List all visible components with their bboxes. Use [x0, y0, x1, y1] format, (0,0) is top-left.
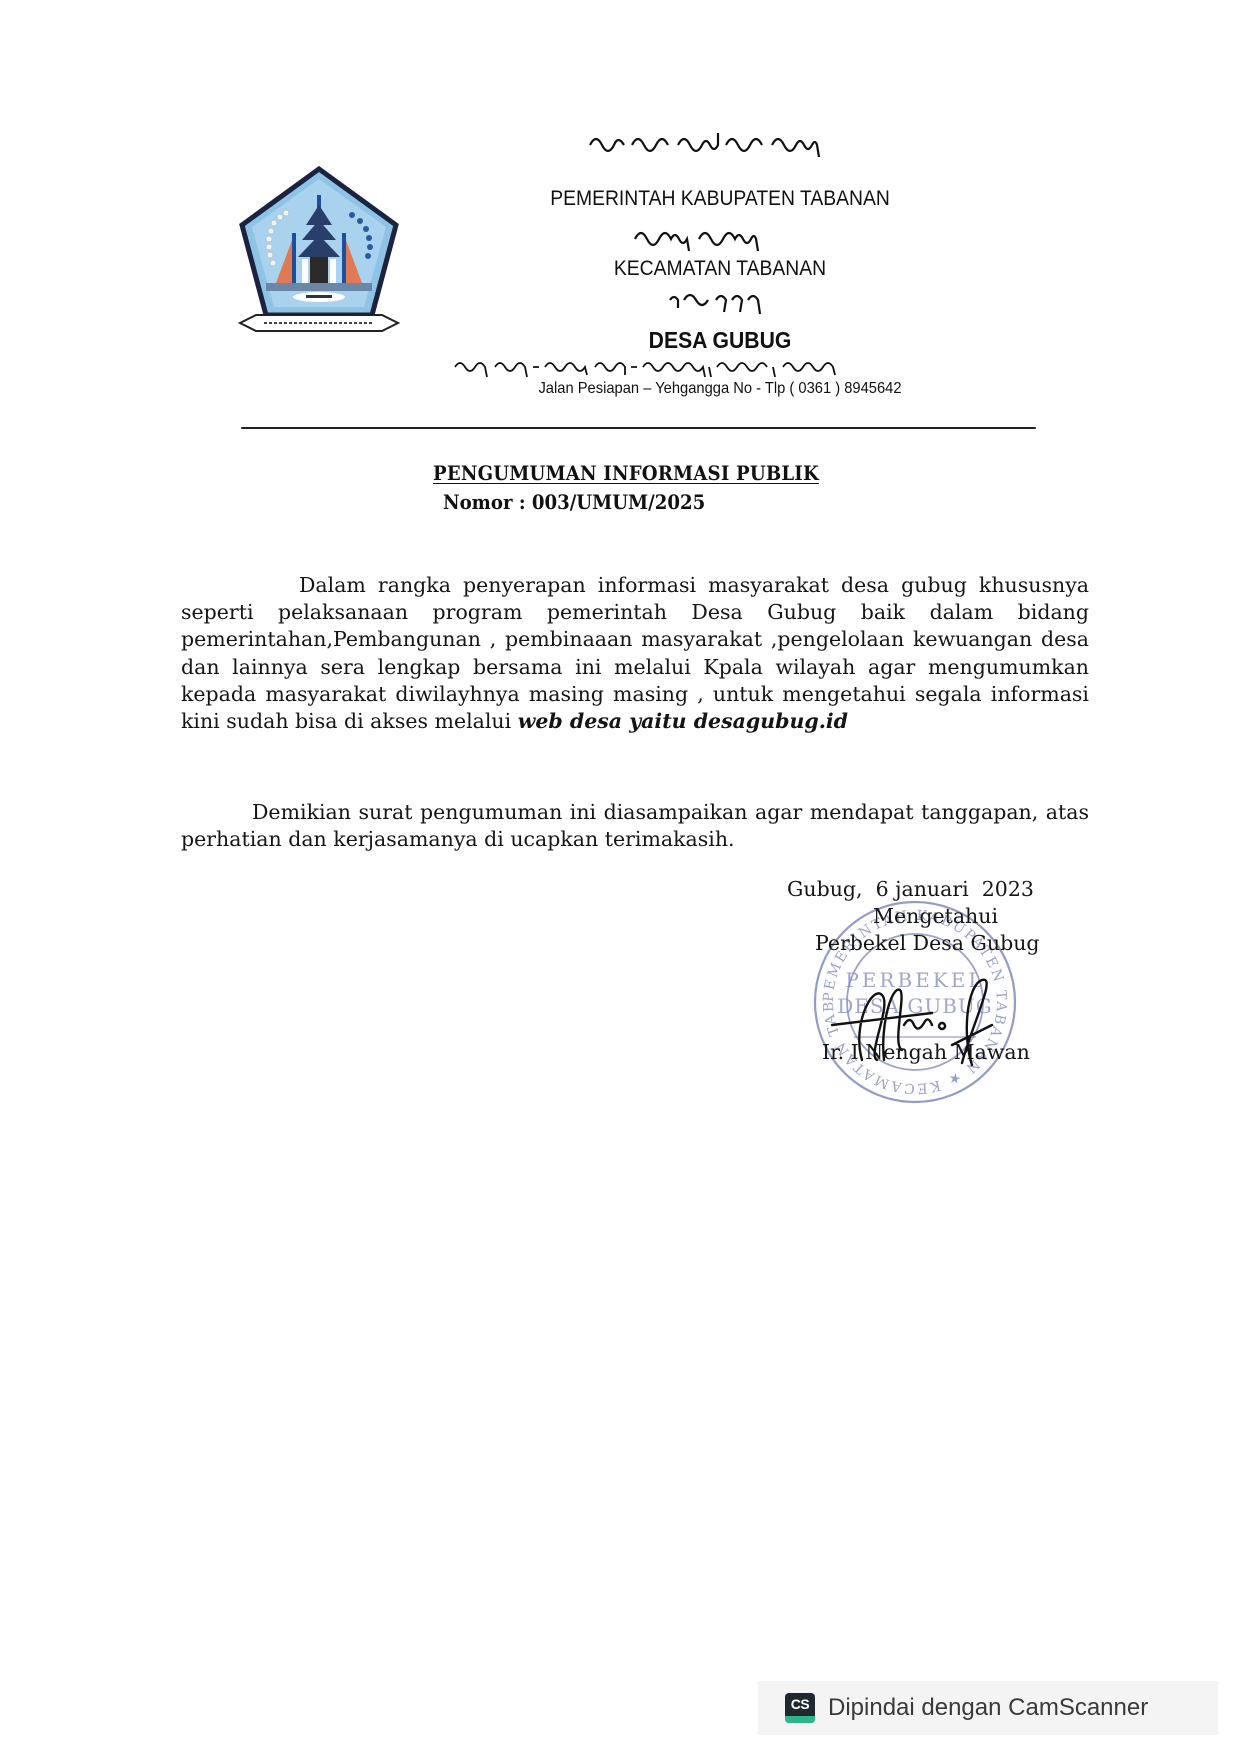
village-name: DESA GUBUG — [462, 327, 977, 354]
document-title: PENGUMUMAN INFORMASI PUBLIK — [433, 462, 819, 485]
signature-place-date: Gubug, 6 januari 2023 — [787, 877, 1034, 901]
balinese-script-line — [440, 288, 1000, 314]
letterhead: PEMERINTAH KABUPATEN TABANAN KECAMATAN T… — [440, 0, 1000, 420]
document-number: Nomor : 003/UMUM/2025 — [443, 491, 705, 514]
signature-acknowledged-label: Mengetahui — [873, 904, 998, 928]
paragraph-2-text: Demikian surat pengumuman ini diasampaik… — [181, 800, 1089, 851]
regency-emblem-logo — [236, 165, 402, 337]
website-reference: web desa yaitu desagubug.id — [518, 709, 848, 733]
camscanner-watermark: CS Dipindai dengan CamScanner — [758, 1681, 1218, 1735]
district-name: KECAMATAN TABANAN — [462, 257, 977, 281]
balinese-script-line — [440, 130, 1000, 156]
balinese-script-line — [440, 354, 1000, 380]
camscanner-logo-icon: CS — [785, 1693, 815, 1723]
body-paragraph-1: Dalam rangka penyerapan informasi masyar… — [181, 572, 1089, 735]
body-paragraph-2: Demikian surat pengumuman ini diasampaik… — [181, 799, 1089, 853]
government-name: PEMERINTAH KABUPATEN TABANAN — [462, 187, 977, 211]
signatory-role: Perbekel Desa Gubug — [815, 931, 1040, 955]
balinese-script-line — [440, 224, 1000, 250]
emblem-icon — [236, 165, 402, 337]
letterhead-divider — [241, 427, 1036, 429]
camscanner-label: Dipindai dengan CamScanner — [828, 1694, 1148, 1722]
office-address: Jalan Pesiapan – Yehgangga No - Tlp ( 03… — [462, 380, 977, 398]
signatory-name: Ir. I Nengah Mawan — [822, 1040, 1030, 1064]
